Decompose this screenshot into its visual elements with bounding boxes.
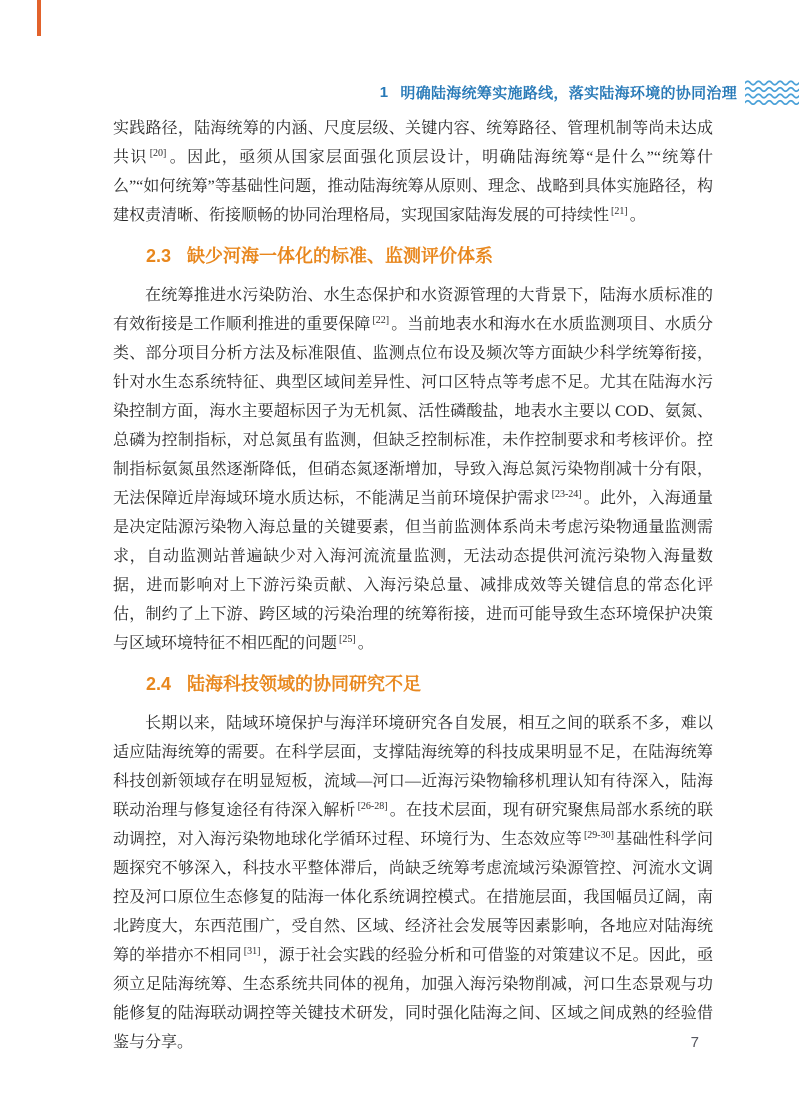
chapter-title: 明确陆海统筹实施路线，落实陆海环境的协同治理 xyxy=(400,82,737,103)
section-heading: 2.3缺少河海一体化的标准、监测评价体系 xyxy=(113,244,713,268)
paragraph-text: 基础性科学问题探究不够深入，科技水平整体滞后，尚缺乏统筹考虑流域污染源管控、河流… xyxy=(113,831,713,964)
wave-decoration-icon xyxy=(745,79,799,105)
document-page: 1 明确陆海统筹实施路线，落实陆海环境的协同治理 实践路径，陆海统筹的内涵、尺度… xyxy=(0,0,799,1114)
paragraph-text: 。当前地表水和海水在水质监测项目、水质分类、部分项目分析方法及标准限值、监测点位… xyxy=(113,316,713,507)
section-title: 缺少河海一体化的标准、监测评价体系 xyxy=(187,246,493,266)
body-paragraph: 长期以来，陆域环境保护与海洋环境研究各自发展，相互之间的联系不多，难以适应陆海统… xyxy=(113,709,713,1057)
paragraph-text: 。 xyxy=(630,207,646,224)
page-footer: 7 xyxy=(691,1034,699,1051)
reference-marker: [23-24] xyxy=(552,489,582,500)
reference-marker: [22] xyxy=(372,315,389,326)
chapter-number: 1 xyxy=(380,84,389,101)
reference-marker: [25] xyxy=(339,634,356,645)
reference-marker: [29-30] xyxy=(584,830,614,841)
section-title: 陆海科技领域的协同研究不足 xyxy=(187,674,421,694)
reference-marker: [31] xyxy=(244,946,261,957)
paragraph-text: 。 xyxy=(358,635,374,652)
section-number: 2.3 xyxy=(146,246,171,266)
reference-marker: [21] xyxy=(611,206,628,217)
page-header: 1 明确陆海统筹实施路线，落实陆海环境的协同治理 xyxy=(0,78,799,106)
section-heading: 2.4陆海科技领域的协同研究不足 xyxy=(113,672,713,696)
page-body: 实践路径，陆海统筹的内涵、尺度层级、关键内容、统筹路径、管理机制等尚未达成共识[… xyxy=(113,114,713,1057)
body-paragraph: 实践路径，陆海统筹的内涵、尺度层级、关键内容、统筹路径、管理机制等尚未达成共识[… xyxy=(113,114,713,230)
body-paragraph: 在统筹推进水污染防治、水生态保护和水资源管理的大背景下，陆海水质标准的有效衔接是… xyxy=(113,281,713,658)
section-number: 2.4 xyxy=(146,674,171,694)
reference-marker: [26-28] xyxy=(358,801,388,812)
corner-accent-mark xyxy=(37,0,41,36)
page-number: 7 xyxy=(691,1034,699,1051)
paragraph-text: 。此外，入海通量是决定陆源污染物入海总量的关键要素，但当前监测体系尚未考虑污染物… xyxy=(113,490,713,652)
reference-marker: [20] xyxy=(150,148,167,159)
